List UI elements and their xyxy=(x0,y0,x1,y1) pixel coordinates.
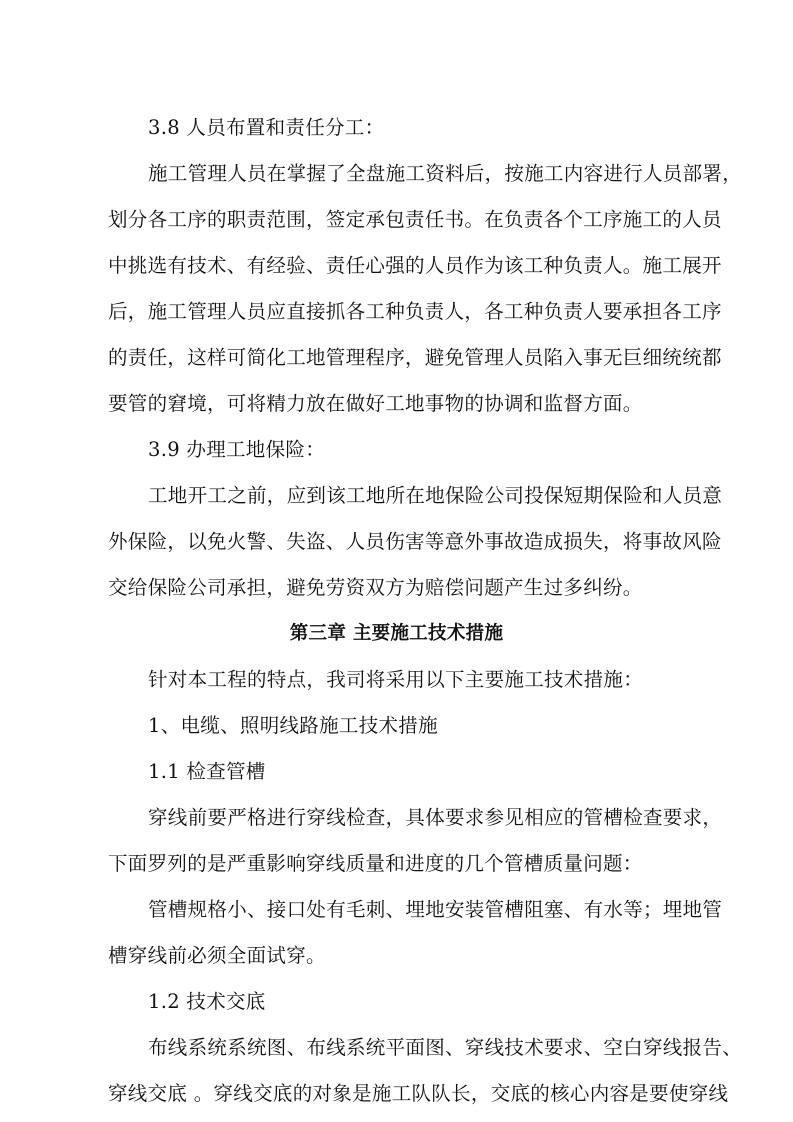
section-heading-1-1: 1.1 检查管槽 xyxy=(148,759,702,785)
section-heading-1-2: 1.2 技术交底 xyxy=(148,989,702,1015)
document-page: 3.8 人员布置和责任分工： 施工管理人员在掌握了全盘施工资料后，按施工内容进行… xyxy=(0,0,793,1122)
chapter-title: 第三章 主要施工技术措施 xyxy=(0,621,793,647)
paragraph-line: 工地开工之前，应到该工地所在地保险公司投保短期保险和人员意 xyxy=(148,483,702,509)
section-heading-3-9: 3.9 办理工地保险： xyxy=(148,437,702,463)
section-heading-1: 1、电缆、照明线路施工技术措施 xyxy=(148,713,702,739)
paragraph-line: 管槽规格小、接口处有毛刺、埋地安装管槽阻塞、有水等；埋地管 xyxy=(148,897,702,923)
section-heading-3-8: 3.8 人员布置和责任分工： xyxy=(148,115,702,141)
paragraph-line: 交给保险公司承担，避免劳资双方为赔偿问题产生过多纠纷。 xyxy=(108,575,702,601)
paragraph-line: 针对本工程的特点，我司将采用以下主要施工技术措施： xyxy=(148,667,702,693)
paragraph-line: 槽穿线前必须全面试穿。 xyxy=(108,943,702,969)
paragraph-line: 下面罗列的是严重影响穿线质量和进度的几个管槽质量问题： xyxy=(108,851,702,877)
paragraph-line: 的责任，这样可简化工地管理程序，避免管理人员陷入事无巨细统统都 xyxy=(108,345,702,371)
paragraph-line: 穿线前要严格进行穿线检查，具体要求参见相应的管槽检查要求， xyxy=(148,805,702,831)
paragraph-line: 外保险，以免火警、失盗、人员伤害等意外事故造成损失，将事故风险 xyxy=(108,529,702,555)
paragraph-line: 中挑选有技术、有经验、责任心强的人员作为该工种负责人。施工展开 xyxy=(108,253,702,279)
paragraph-line: 要管的窘境，可将精力放在做好工地事物的协调和监督方面。 xyxy=(108,391,702,417)
paragraph-line: 划分各工序的职责范围，签定承包责任书。在负责各个工序施工的人员 xyxy=(108,207,702,233)
paragraph-line: 穿线交底 。穿线交底的对象是施工队队长，交底的核心内容是要使穿线 xyxy=(108,1081,702,1107)
paragraph-line: 施工管理人员在掌握了全盘施工资料后，按施工内容进行人员部署， xyxy=(148,161,702,187)
paragraph-line: 后，施工管理人员应直接抓各工种负责人，各工种负责人要承担各工序 xyxy=(108,299,702,325)
paragraph-line: 布线系统系统图、布线系统平面图、穿线技术要求、空白穿线报告、 xyxy=(148,1035,702,1061)
